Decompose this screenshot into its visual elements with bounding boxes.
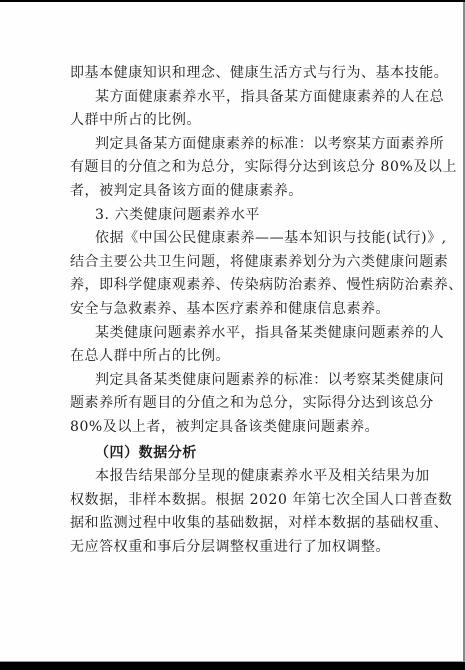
text-line: 有题目的分值之和为总分，实际得分达到该总分 80%及以上 (70, 156, 394, 180)
subsection-heading: 3. 六类健康问题素养水平 (70, 204, 394, 228)
text-line: 判定具备某类健康问题素养的标准：以考察某类健康问 (70, 369, 394, 393)
text-line: 某方面健康素养水平，指具备某方面健康素养的人在总 (70, 86, 394, 110)
page-content: 即基本健康知识和理念、健康生活方式与行为、基本技能。 某方面健康素养水平，指具备… (70, 62, 394, 559)
text-line: 无应答权重和事后分层调整权重进行了加权调整。 (70, 536, 394, 560)
section-heading: （四）数据分析 (70, 442, 394, 466)
text-line: 判定具备某方面健康素养的标准：以考察某方面素养所 (70, 133, 394, 157)
text-line: 权数据，非样本数据。根据 2020 年第七次全国人口普查数 (70, 489, 394, 513)
text-line: 在总人群中所占的比例。 (70, 345, 394, 369)
text-line: 养，即科学健康观素养、传染病防治素养、慢性病防治素养、 (70, 274, 394, 298)
text-line: 据和监测过程中收集的基础数据，对样本数据的基础权重、 (70, 512, 394, 536)
text-line: 某类健康问题素养水平，指具备某类健康问题素养的人 (70, 322, 394, 346)
text-line: 结合主要公共卫生问题，将健康素养划分为六类健康问题素 (70, 251, 394, 275)
document-viewer: 即基本健康知识和理念、健康生活方式与行为、基本技能。 某方面健康素养水平，指具备… (0, 0, 465, 670)
text-line: 即基本健康知识和理念、健康生活方式与行为、基本技能。 (70, 62, 394, 86)
text-line: 人群中所占的比例。 (70, 109, 394, 133)
text-line: 依据《中国公民健康素养——基本知识与技能(试行)》, (70, 227, 394, 251)
text-line: 80%及以上者，被判定具备该类健康问题素养。 (70, 416, 394, 440)
text-line: 安全与急救素养、基本医疗素养和健康信息素养。 (70, 298, 394, 322)
text-line: 题素养所有题目的分值之和为总分，实际得分达到该总分 (70, 392, 394, 416)
document-page: 即基本健康知识和理念、健康生活方式与行为、基本技能。 某方面健康素养水平，指具备… (0, 2, 465, 662)
text-line: 者，被判定具备该方面的健康素养。 (70, 180, 394, 204)
text-line: 本报告结果部分呈现的健康素养水平及相关结果为加 (70, 465, 394, 489)
